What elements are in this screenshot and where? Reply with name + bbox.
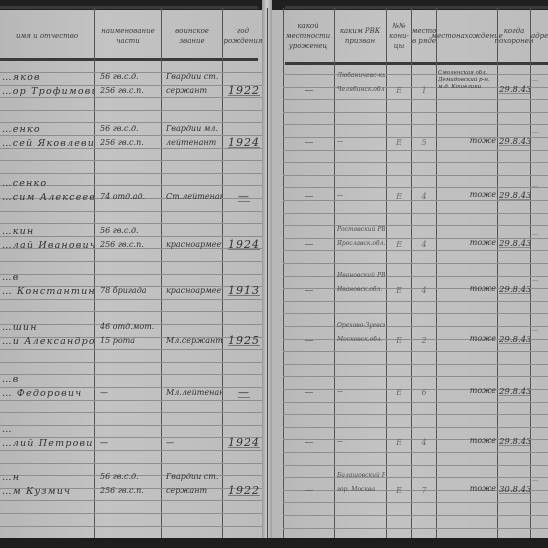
cell-surname: …в	[2, 374, 94, 385]
cell-rvk-line1: Ростовский РВК	[337, 226, 385, 233]
cell-surname: …н	[2, 472, 94, 483]
cell-origin: —	[287, 388, 331, 398]
cell-birth-year: 1925	[226, 334, 262, 347]
rule-line	[283, 528, 548, 529]
cell-rvk-line2: Челябинск.обл.	[337, 86, 385, 93]
cell-origin: —	[287, 138, 331, 148]
cell-date: 29.8.43	[499, 387, 530, 397]
cell-name: …м Кузмич	[2, 486, 94, 497]
rule-line	[0, 173, 262, 174]
cell-unit-line1: 56 гв.с.д.	[100, 124, 160, 133]
cell-location: Смоленская обл. Демидовский р-н. м.д. Ко…	[438, 70, 496, 91]
rule-line	[283, 276, 548, 277]
rule-line	[0, 513, 262, 514]
cell-rvk-line2: Московск.обл.	[337, 336, 385, 343]
header-birth-year: год рождения	[223, 10, 263, 62]
rule-line	[283, 427, 548, 428]
rule-line	[0, 450, 262, 451]
cell-surname: …кин	[2, 226, 94, 237]
cell-rvk-line2: —	[337, 388, 385, 395]
cell-col-place: 5	[413, 138, 435, 147]
rule-line	[0, 135, 262, 136]
rule-line	[283, 351, 548, 352]
header-unit: наименование части	[95, 10, 161, 62]
cell-rvk-line2: Ярославск.обл.	[337, 240, 385, 247]
cell-date: 29.8.43г	[499, 239, 530, 249]
rule-line	[283, 213, 548, 214]
cell-unit-line2: —	[100, 388, 160, 397]
cell-location: тоже	[438, 386, 496, 395]
cell-birth-year: —	[226, 386, 262, 399]
rule-line	[0, 211, 262, 212]
cell-location: тоже	[438, 190, 496, 199]
cell-col-place: 6	[413, 388, 435, 397]
cell-address: …	[532, 326, 548, 333]
rule-line	[0, 110, 262, 111]
cell-rvk-line1: Орехово-Зуевский РВК	[337, 322, 385, 329]
register-spread: имя и отчество наименование части воинск…	[0, 0, 548, 540]
cell-name: …сей Яковлевич	[2, 138, 94, 149]
cell-address: …	[532, 476, 548, 483]
cell-location: тоже	[438, 436, 496, 445]
header-rule-bottom-right	[285, 62, 548, 65]
cell-unit-line1: 56 гв.с.д.	[100, 472, 160, 481]
cell-col-nn: Е	[388, 486, 410, 495]
cell-col-nn: Е	[388, 192, 410, 201]
rule-line	[283, 502, 548, 503]
rule-line	[0, 97, 262, 98]
cell-name: …сим Алексеевич	[2, 192, 94, 203]
header-col-nn: №№ кони-цы	[387, 10, 411, 62]
cell-location: тоже	[438, 284, 496, 293]
cell-unit-line2: 15 рота	[100, 336, 160, 345]
cell-address: …	[532, 230, 548, 237]
cell-origin: —	[287, 192, 331, 202]
header-origin: какой местности уроженец	[283, 10, 333, 62]
rule-line	[0, 311, 262, 312]
rule-line	[283, 263, 548, 264]
cell-name: …лай Иванович	[2, 240, 94, 251]
rule-line	[283, 250, 548, 251]
cell-rank-line2: сержант	[166, 86, 222, 95]
cell-unit-line2: 256 гв.с.п.	[100, 486, 160, 495]
rule-line	[283, 124, 548, 125]
rule-line	[0, 299, 262, 300]
rule-line	[283, 477, 548, 478]
cell-location: тоже	[438, 238, 496, 247]
rule-line	[283, 74, 548, 75]
cell-unit-line2: 78 бригада	[100, 286, 160, 295]
cell-col-nn: Е	[388, 336, 410, 345]
cell-birth-year: 1922	[226, 484, 262, 497]
cell-name: …лий Петрович	[2, 438, 94, 449]
rule-line	[0, 500, 262, 501]
cell-surname: …шин	[2, 322, 94, 333]
cell-rank-line2: красноармеец	[166, 240, 222, 249]
cell-origin: —	[287, 336, 331, 346]
cell-address: …	[532, 76, 548, 83]
cell-unit-line2: 256 гв.с.п.	[100, 86, 160, 95]
rule-line	[283, 452, 548, 453]
cell-rvk-line2: —	[337, 192, 385, 199]
rule-line	[283, 150, 548, 151]
cell-name: … Федорович	[2, 388, 94, 399]
cell-date: 29.8.43	[499, 191, 530, 201]
col-divider	[267, 8, 268, 538]
cell-rank-line2: Мл.лейтенант	[166, 388, 222, 397]
cell-origin: —	[287, 240, 331, 250]
rule-line	[283, 326, 548, 327]
header-address: адрес	[531, 10, 548, 62]
rule-line	[0, 463, 262, 464]
rule-line	[0, 526, 262, 527]
cell-rank-line2: Ст.лейтенант	[166, 192, 222, 201]
header-rule-top-right	[285, 6, 548, 9]
cell-rank-line2: лейтенант	[166, 138, 222, 147]
cell-name: …ор Трофимович	[2, 86, 94, 97]
rule-line	[0, 261, 262, 262]
rule-line	[283, 187, 548, 188]
rule-line	[283, 112, 548, 113]
header-rvk: каким РВК призван	[334, 10, 386, 62]
rule-line	[0, 362, 262, 363]
cell-address: …	[532, 182, 548, 189]
header-location: местонахождение	[437, 10, 497, 62]
rule-line	[283, 301, 548, 302]
rule-line	[283, 313, 548, 314]
rule-line	[283, 225, 548, 226]
cell-date: 29.8.43	[499, 285, 530, 295]
rule-line	[283, 376, 548, 377]
cell-unit-line1: 46 отд.мот.	[100, 322, 160, 331]
rule-line	[283, 414, 548, 415]
cell-location: тоже	[438, 136, 496, 145]
cell-date: 29.8.43	[499, 437, 530, 447]
cell-unit-line2: 256 гв.с.п.	[100, 138, 160, 147]
header-name: имя и отчество	[0, 10, 94, 62]
cell-birth-year: 1924	[226, 136, 262, 149]
cell-rank-line1: Гвардии ст.	[166, 472, 222, 481]
cell-surname: …енко	[2, 124, 94, 135]
cell-rank-line2: Мл.сержант	[166, 336, 222, 345]
cell-unit-line2: 74 отд.ад.	[100, 192, 160, 201]
cell-origin: —	[287, 486, 331, 496]
rule-line	[0, 400, 262, 401]
cell-col-place: 4	[413, 192, 435, 201]
rule-line	[283, 364, 548, 365]
cell-address: …	[532, 276, 548, 283]
cell-birth-year: 1924	[226, 238, 262, 251]
cell-birth-year: 1913	[226, 284, 262, 297]
rule-line	[283, 175, 548, 176]
rule-line	[283, 402, 548, 403]
cell-rvk-line2: —	[337, 438, 385, 445]
cell-rvk-line2: гор. Москва	[337, 486, 385, 493]
cell-location: тоже	[438, 334, 496, 343]
rule-line	[283, 162, 548, 163]
cell-origin: —	[287, 286, 331, 296]
cell-col-nn: Е	[388, 438, 410, 447]
cell-birth-year: 1924	[226, 436, 262, 449]
rule-line	[0, 412, 262, 413]
cell-col-place: 7	[413, 486, 435, 495]
cell-col-nn: Е	[388, 86, 410, 95]
cell-surname: …	[2, 424, 94, 435]
cell-rank-line2: —	[166, 438, 222, 447]
header-burial-date: когда похоронен	[498, 10, 530, 62]
cell-rvk-line2: Ивановск.обл.	[337, 286, 385, 293]
cell-surname: …в	[2, 272, 94, 283]
right-page	[270, 0, 548, 540]
cell-date: 30.8.43г	[499, 485, 530, 495]
cell-unit-line1: 56 гв.с.д.	[100, 72, 160, 81]
cell-rvk-line1: Балашовский РВК	[337, 472, 385, 479]
rule-line	[283, 99, 548, 100]
cell-col-place: 4	[413, 240, 435, 249]
cell-rank-line1: Гвардии ст.	[166, 72, 222, 81]
cell-col-nn: Е	[388, 286, 410, 295]
cell-rvk-line1: Любаничевс-кий РВК	[337, 72, 385, 79]
cell-col-place: 1	[413, 86, 435, 95]
cell-rvk-line2: —	[337, 138, 385, 145]
header-rule-top-left	[0, 6, 258, 9]
cell-col-place: 4	[413, 438, 435, 447]
cell-name: … Константинович	[2, 286, 94, 297]
header-rank: воинское звание	[162, 10, 222, 62]
cell-unit-line2: 256 гв.с.п.	[100, 240, 160, 249]
cell-origin: —	[287, 438, 331, 448]
rule-line	[283, 465, 548, 466]
cell-rank-line2: сержант	[166, 486, 222, 495]
cell-birth-year: —	[226, 190, 262, 203]
cell-rank-line1: Гвардии мл.	[166, 124, 222, 133]
cell-col-place: 2	[413, 336, 435, 345]
cell-origin: —	[287, 86, 331, 96]
cell-address: …	[532, 128, 548, 135]
cell-surname: …сенко	[2, 178, 94, 189]
cell-col-nn: Е	[388, 240, 410, 249]
cell-surname: …яков	[2, 72, 94, 83]
cell-rank-line2: красноармеец	[166, 286, 222, 295]
cell-date: 29.8.43г	[499, 137, 530, 147]
cell-rvk-line1: Ивановский РВК	[337, 272, 385, 279]
rule-line	[0, 160, 262, 161]
cell-unit-line2: —	[100, 438, 160, 447]
cell-unit-line1: 56 гв.с.д.	[100, 226, 160, 235]
cell-col-nn: Е	[388, 388, 410, 397]
cell-birth-year: 1922	[226, 84, 262, 97]
rule-line	[0, 349, 262, 350]
rule-line	[283, 515, 548, 516]
cell-col-nn: Е	[388, 138, 410, 147]
rule-line	[0, 223, 262, 224]
scan-bottom-edge	[0, 538, 548, 548]
cell-date: 29.8.43	[499, 85, 530, 95]
cell-col-place: 4	[413, 286, 435, 295]
cell-date: 29.8.43г	[499, 335, 530, 345]
cell-location: тоже	[438, 484, 496, 493]
cell-name: …и Александрович	[2, 336, 94, 347]
